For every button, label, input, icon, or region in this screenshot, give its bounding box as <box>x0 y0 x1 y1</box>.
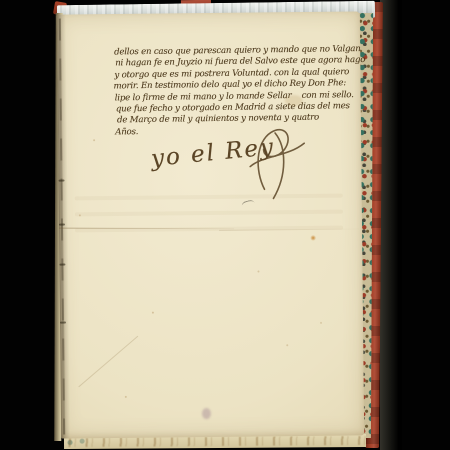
royal-signature: yo el Rey <box>149 120 307 220</box>
stitch-mark <box>59 264 65 266</box>
surface-scratch <box>78 336 138 388</box>
cover-board-shadow <box>380 0 402 450</box>
ink-bleedthrough <box>75 226 343 233</box>
stitch-mark <box>59 180 65 182</box>
stain <box>202 408 211 419</box>
stitch-mark <box>60 322 66 324</box>
foxing-spots <box>207 71 209 73</box>
manuscript-photo: dellos en caso que parescan quiero y man… <box>0 0 450 450</box>
signature-flourish-icon <box>244 119 312 208</box>
stitch-mark <box>59 224 65 226</box>
manuscript-page: dellos en caso que parescan quiero y man… <box>57 11 364 438</box>
stain <box>310 235 316 241</box>
